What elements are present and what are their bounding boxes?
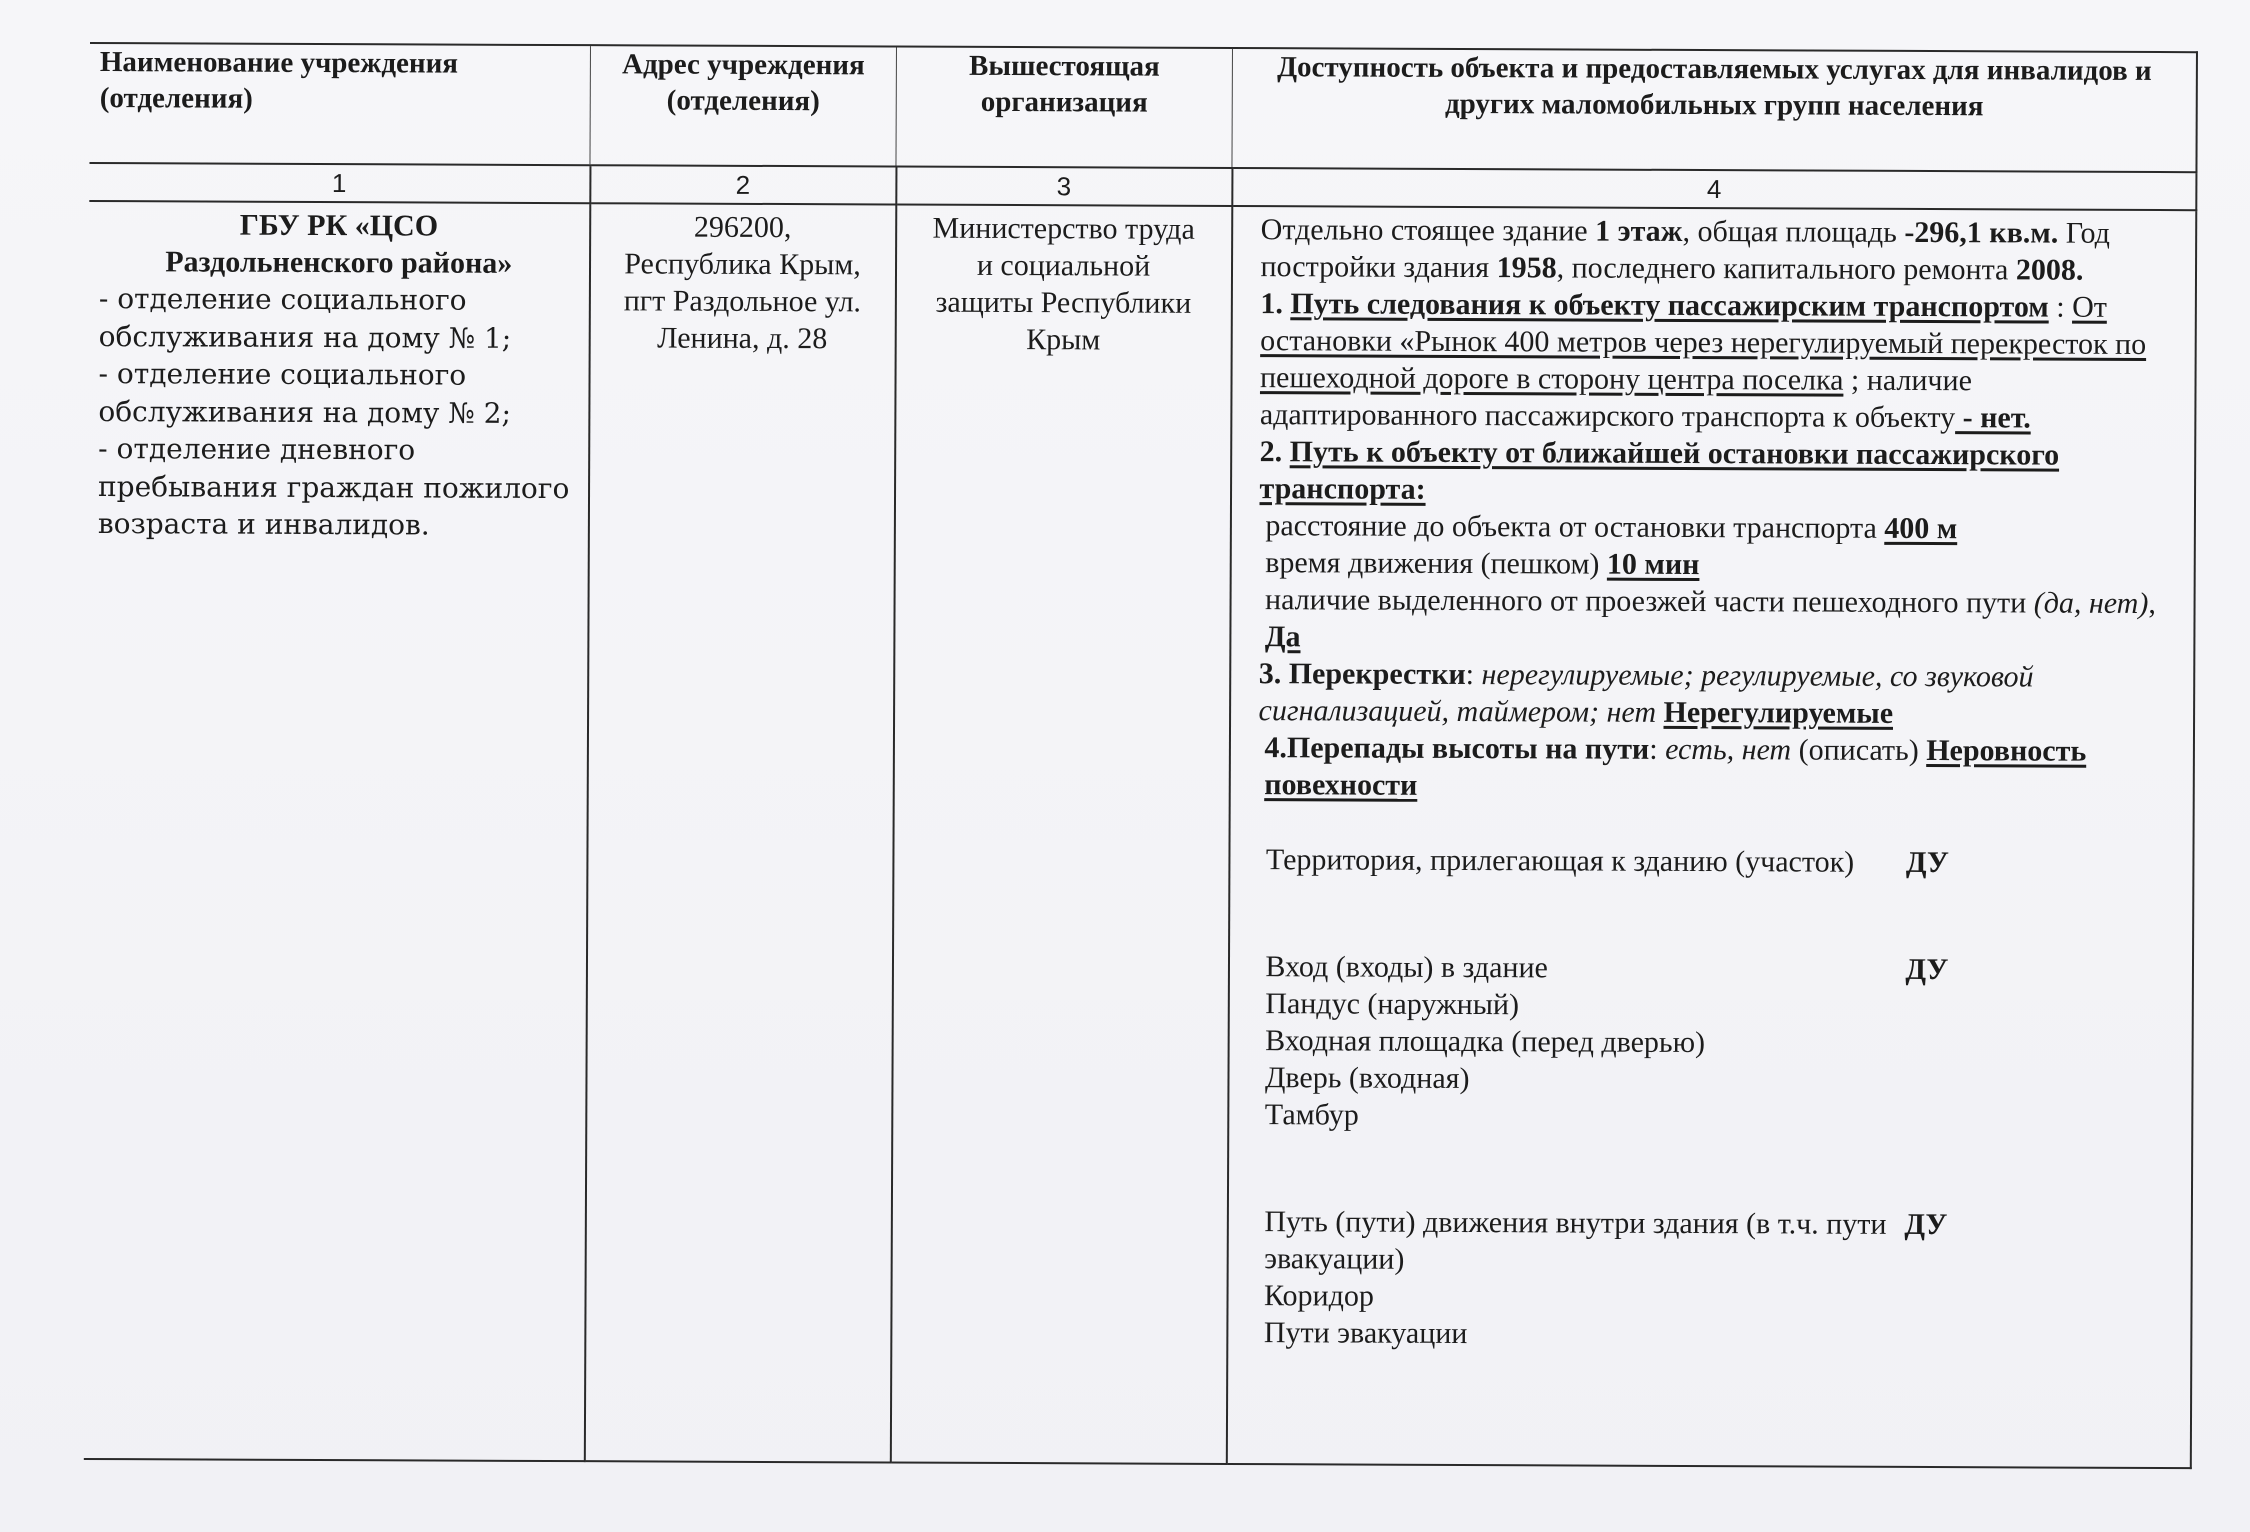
department-item: - отделение дневного пребывания граждан …	[98, 430, 578, 545]
address-line: Республика Крым,	[600, 245, 884, 283]
parent-org-cell: Министерство труда и социальной защиты Р…	[890, 205, 1231, 1464]
column-number: 4	[1232, 168, 2197, 210]
header-institution-name: Наименование учреждения (отделения)	[89, 43, 590, 165]
accessibility-cell: Отдельно стоящее здание 1 этаж, общая пл…	[1226, 206, 2196, 1468]
header-address: Адрес учреждения (отделения)	[590, 45, 897, 166]
section-4: 4.Перепады высоты на пути: есть, нет (оп…	[1258, 729, 2173, 807]
zone-sub-item: Пути эвакуации	[1264, 1314, 1904, 1354]
institution-cell: ГБУ РК «ЦСО Раздольненского района» - от…	[84, 201, 590, 1461]
parent-org-line: защиты Республики	[906, 284, 1220, 322]
area-value: -296,1 кв.м.	[1904, 216, 2058, 250]
zone-status: ДУ	[1906, 844, 1949, 881]
section-3-title: 3. Перекрестки	[1259, 657, 1466, 691]
section-2-title: Путь к объекту от ближайшей остановки па…	[1259, 435, 2059, 506]
year-built-value: 1958	[1497, 251, 1557, 284]
section-4-title: 4.Перепады высоты на пути	[1264, 731, 1649, 766]
address-line: 296200,	[601, 208, 885, 246]
institution-name-line1: ГБУ РК «ЦСО	[99, 206, 579, 245]
section-2: 2. Путь к объекту от ближайшей остановки…	[1259, 433, 2174, 659]
year-repair-value: 2008.	[2016, 253, 2084, 286]
zone-sub-item: Пандус (наружный)	[1265, 985, 1905, 1025]
distance-value: 400 м	[1884, 512, 1957, 545]
address-line: Ленина, д. 28	[600, 319, 884, 357]
zone-sub-item: Тамбур	[1265, 1096, 1905, 1136]
table-row: ГБУ РК «ЦСО Раздольненского района» - от…	[84, 201, 2196, 1468]
zone-status: ДУ	[1905, 951, 1949, 1136]
pedestrian-path-value: Да	[1265, 620, 1301, 653]
accessibility-table: Наименование учреждения (отделения) Адре…	[84, 42, 2198, 1469]
zone-interior-path: Путь (пути) движения внутри здания (в т.…	[1256, 1203, 2171, 1355]
zone-sub-item: Коридор	[1264, 1277, 1904, 1317]
parent-org-line: и социальной	[906, 247, 1220, 285]
institution-name-line2: Раздольненского района»	[99, 243, 579, 282]
column-number: 1	[89, 163, 590, 203]
parent-org-line: Министерство труда	[907, 210, 1221, 248]
column-number: 2	[590, 165, 896, 204]
department-item: - отделение социального обслуживания на …	[98, 355, 578, 432]
zone-sub-item: Дверь (входная)	[1265, 1059, 1905, 1099]
adapted-transport-value: - нет.	[1955, 401, 2031, 434]
header-accessibility: Доступность объекта и предоставляемых ус…	[1232, 48, 2197, 172]
zone-entrance: Вход (входы) в здание Пандус (наружный) …	[1257, 948, 2172, 1137]
walk-time-value: 10 мин	[1607, 548, 1700, 581]
header-parent-org: Вышестоящая организация	[896, 47, 1233, 168]
parent-org-line: Крым	[906, 321, 1220, 359]
section-1-title: Путь следования к объекту пассажирским т…	[1290, 287, 2049, 323]
zone-territory: Территория, прилегающая к зданию (участо…	[1258, 841, 2173, 882]
address-cell: 296200, Республика Крым, пгт Раздольное …	[584, 203, 895, 1462]
column-number: 3	[896, 167, 1232, 206]
section-3: 3. Перекрестки: нерегулируемые; регулиру…	[1259, 655, 2174, 733]
section-1: 1. Путь следования к объекту пассажирски…	[1260, 285, 2175, 437]
department-item: - отделение социального обслуживания на …	[99, 280, 579, 357]
building-info: Отдельно стоящее здание 1 этаж, общая пл…	[1260, 211, 2175, 289]
zone-status: ДУ	[1904, 1206, 1948, 1354]
zone-sub-item: Входная площадка (перед дверью)	[1265, 1022, 1905, 1062]
crossings-value: Нерегулируемые	[1663, 696, 1893, 730]
header-row: Наименование учреждения (отделения) Адре…	[89, 43, 2197, 172]
scanned-page: Наименование учреждения (отделения) Адре…	[0, 0, 2250, 1532]
address-line: пгт Раздольное ул.	[600, 282, 884, 320]
floors-value: 1 этаж	[1595, 215, 1682, 248]
